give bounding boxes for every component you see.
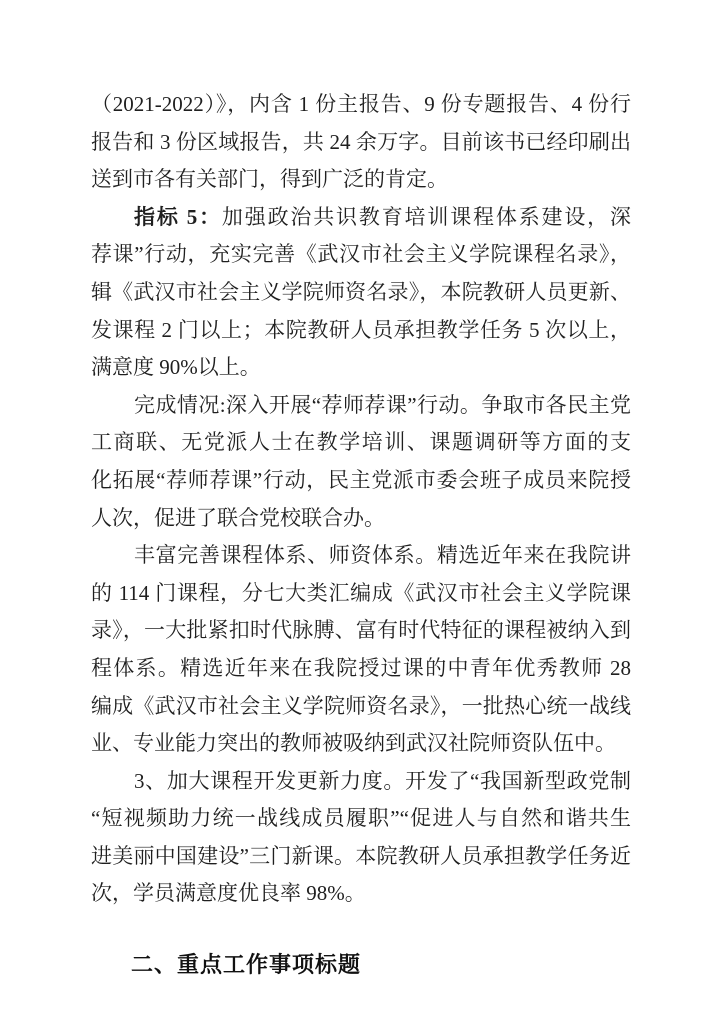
indicator-label: 指标 5： (134, 205, 222, 229)
text-line: 工商联、无党派人士在教学培训、课题调研等方面的支持，深 (91, 424, 631, 462)
text-line: 业、专业能力突出的教师被吸纳到武汉社院师资队伍中。 (91, 725, 631, 763)
document-body: （2021-2022）》，内含 1 份主报告、9 份专题报告、4 份行业报告和 … (91, 86, 631, 913)
text-line: 进美丽中国建设”三门新课。本院教研人员承担教学任务近 30 (91, 838, 631, 876)
text-line: 的 114 门课程，分七大类汇编成《武汉市社会主义学院课程名 (91, 575, 631, 613)
text-line: 辑《武汉市社会主义学院师资名录》，本院教研人员更新、开 (91, 274, 631, 312)
text-line: 程体系。精选近年来在我院授过课的中青年优秀教师 28 位，汇 (91, 650, 631, 688)
text-line: 人次，促进了联合党校联合办。 (91, 500, 631, 538)
text-line: 次，学员满意度优良率 98%。 (91, 875, 631, 913)
text-line: 指标 5：加强政治共识教育培训课程体系建设，深化“荐师 (91, 199, 631, 237)
text-line: 录》，一大批紧扣时代脉膊、富有时代特征的课程被纳入到课 (91, 612, 631, 650)
text-line: 3、加大课程开发更新力度。开发了“我国新型政党制度” (91, 763, 631, 801)
text-line: 丰富完善课程体系、师资体系。精选近年来在我院讲授过 (91, 537, 631, 575)
text-line: 送到市各有关部门，得到广泛的肯定。 (91, 161, 631, 199)
text-line: 编成《武汉市社会主义学院师资名录》，一批热心统一战线事 (91, 688, 631, 726)
text-line: 化拓展“荐师荐课”行动，民主党派市委会班子成员来院授课 7 (91, 462, 631, 500)
text-line: 荐课”行动，充实完善《武汉市社会主义学院课程名录》，编 (91, 236, 631, 274)
document-page: （2021-2022）》，内含 1 份主报告、9 份专题报告、4 份行业报告和 … (0, 0, 720, 1019)
text-line: 满意度 90%以上。 (91, 349, 631, 387)
text-line: 完成情况:深入开展“荐师荐课”行动。争取市各民主党派、 (91, 387, 631, 425)
section-heading: 二、重点工作事项标题 (131, 950, 361, 980)
text-line: （2021-2022）》，内含 1 份主报告、9 份专题报告、4 份行业 (91, 86, 631, 124)
text-line: “短视频助力统一战线成员履职”“促进人与自然和谐共生 推 (91, 800, 631, 838)
text-line: 报告和 3 份区域报告，共 24 余万字。目前该书已经印刷出厂， (91, 124, 631, 162)
text-line: 发课程 2 门以上；本院教研人员承担教学任务 5 次以上，学员 (91, 312, 631, 350)
